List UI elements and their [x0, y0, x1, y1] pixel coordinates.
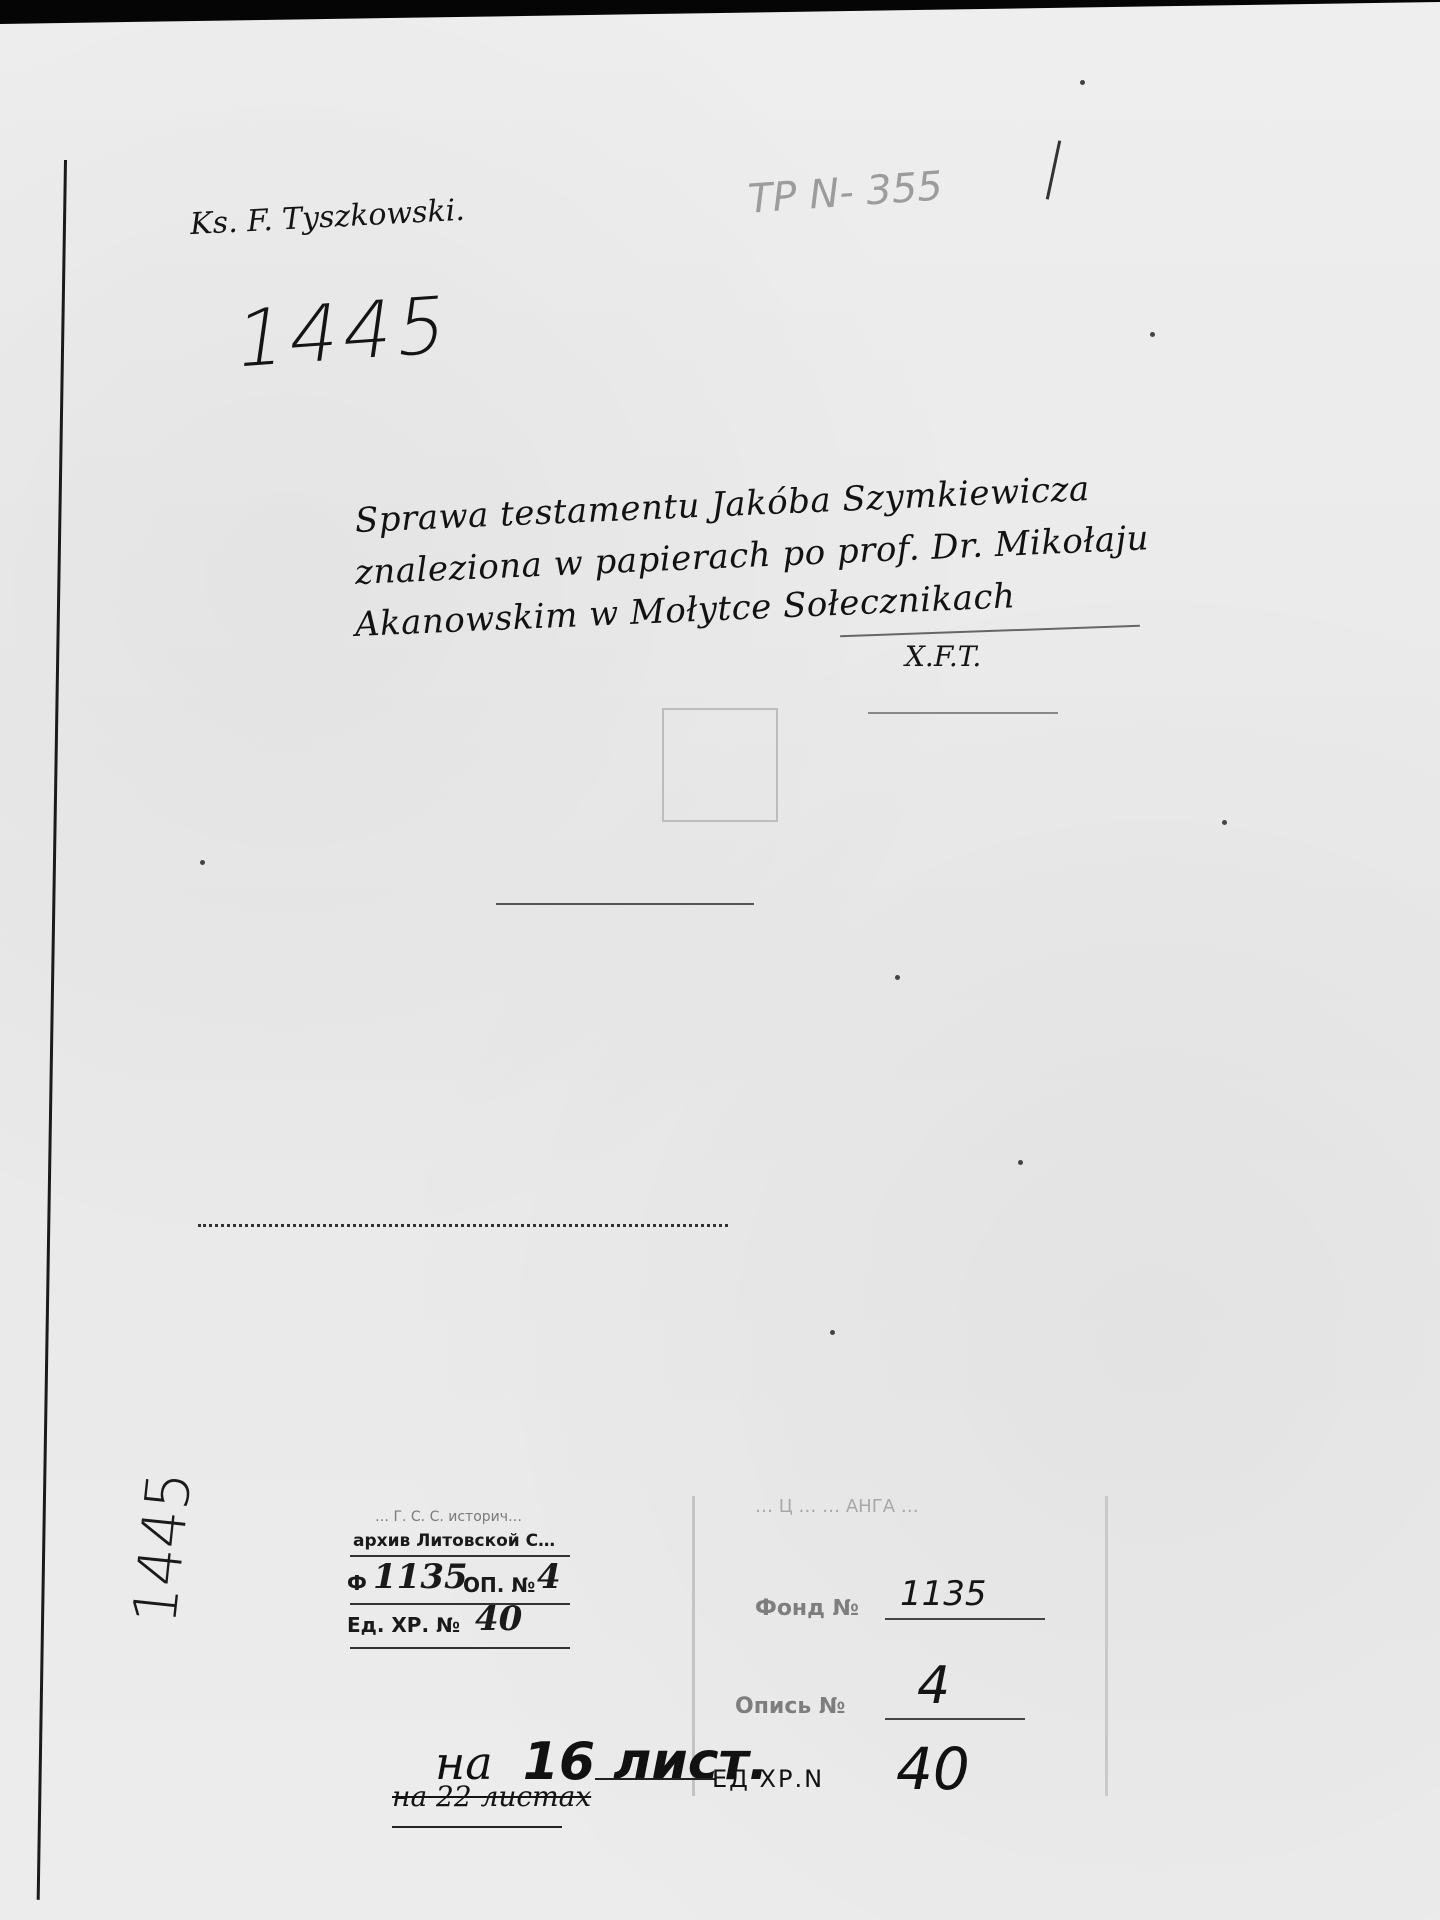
sheet-count-underline: [595, 1778, 715, 1780]
opis-value: 4: [917, 1656, 950, 1716]
faint-stamp-box: [662, 708, 778, 822]
ed-label: ЕД ХР.N: [712, 1765, 824, 1793]
stamp-ed-value: 40: [475, 1599, 522, 1639]
sheet-count-crossed: на 22 листах: [392, 1780, 591, 1813]
horizontal-rule: [496, 903, 754, 905]
title-signature: X.F.T.: [905, 640, 981, 673]
fond-label: Фонд №: [755, 1596, 859, 1621]
stamp-opis-label: ОП. №: [463, 1573, 535, 1597]
dust-speck: [1018, 1160, 1023, 1165]
dust-speck: [200, 860, 205, 865]
dust-speck: [1080, 80, 1085, 85]
stamp-opis-value: 4: [537, 1557, 561, 1597]
fond-line: [885, 1618, 1045, 1620]
stamp-ed-label: Ед. ХР. №: [347, 1613, 460, 1637]
dust-speck: [1150, 332, 1155, 337]
stamp-header: … Ц … … АНГА …: [755, 1496, 919, 1517]
stamp-rule: [350, 1603, 570, 1605]
crossed-underline: [392, 1826, 562, 1828]
stamp-fond-label: Ф: [347, 1571, 367, 1595]
archive-stamp-small: … Г. С. С. историч… архив Литовской С… Ф…: [345, 1505, 575, 1640]
stamp-header-1: … Г. С. С. историч…: [375, 1509, 522, 1525]
file-number: 1445: [230, 280, 457, 386]
opis-label: Опись №: [735, 1694, 845, 1719]
stamp-fond-value: 1135: [373, 1557, 468, 1597]
fond-value: 1135: [900, 1574, 987, 1614]
dotted-rule: [198, 1224, 728, 1227]
faint-rule: [868, 712, 1058, 714]
stamp-rule: [350, 1647, 570, 1649]
opis-line: [885, 1718, 1025, 1720]
ed-value: 40: [896, 1735, 970, 1803]
stamp-header-2: архив Литовской С…: [353, 1531, 555, 1551]
dust-speck: [830, 1330, 835, 1335]
dust-speck: [895, 975, 900, 980]
dust-speck: [1222, 820, 1227, 825]
